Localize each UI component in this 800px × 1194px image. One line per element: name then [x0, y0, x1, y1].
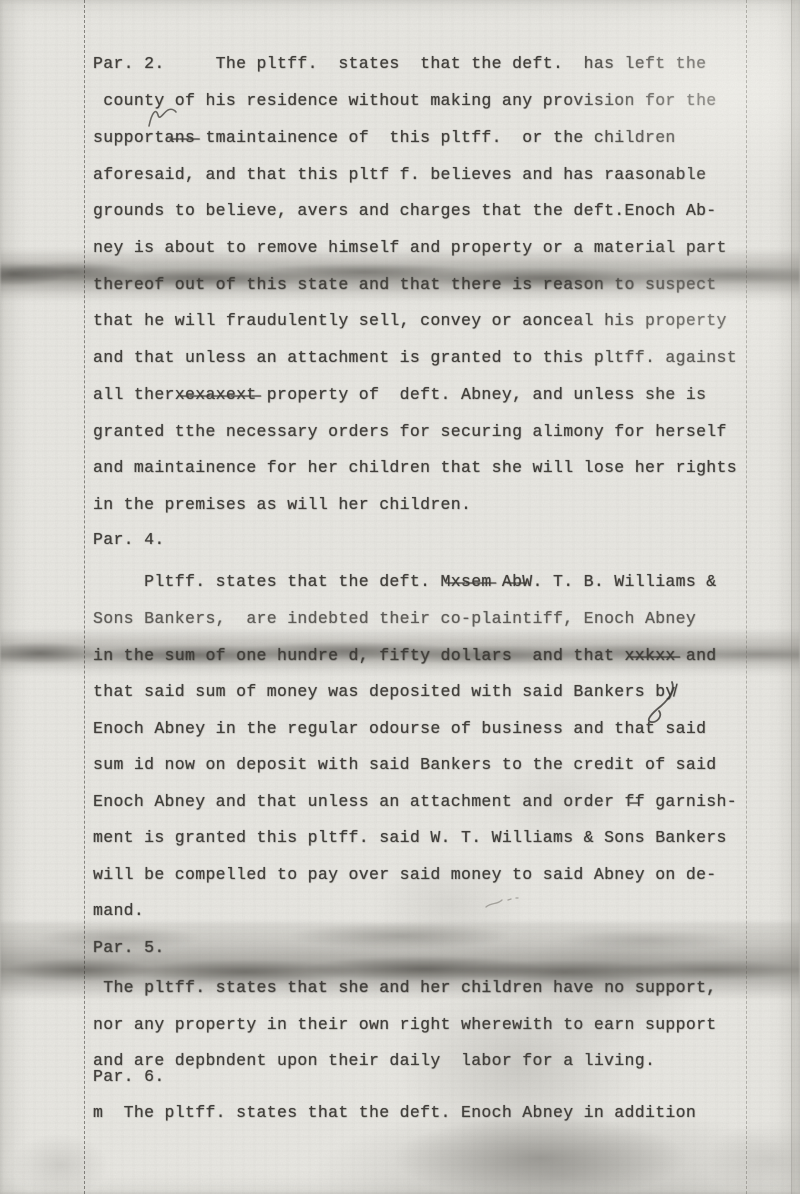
text-line: mand.: [93, 900, 144, 922]
text-line: The pltff. states that she and her child…: [93, 977, 717, 999]
text-line: m The pltff. states that the deft. Enoch…: [93, 1102, 696, 1124]
text-layer: Par. 2. The pltff. states that the deft.…: [0, 0, 800, 1194]
text-line: grounds to believe, avers and charges th…: [93, 200, 717, 222]
text-line: thereof out of this state and that there…: [93, 274, 717, 296]
scanned-document-page: Par. 2. The pltff. states that the deft.…: [0, 0, 800, 1194]
text-line: Par. 5.: [93, 937, 165, 959]
text-line: in the sum of one hundre d, fifty dollar…: [93, 645, 717, 667]
text-line: that he will fraudulently sell, convey o…: [93, 310, 727, 332]
text-line: aforesaid, and that this pltf f. believe…: [93, 164, 706, 186]
text-line: ney is about to remove himself and prope…: [93, 237, 727, 259]
text-line: nor any property in their own right wher…: [93, 1014, 717, 1036]
text-line: Par. 4.: [93, 529, 165, 551]
text-line: ment is granted this pltff. said W. T. W…: [93, 827, 727, 849]
text-line: sum id now on deposit with said Bankers …: [93, 754, 717, 776]
text-line: Enoch Abney in the regular odourse of bu…: [93, 718, 706, 740]
text-line: Pltff. states that the deft. M̶x̶s̶e̶m̶ …: [93, 571, 717, 593]
text-line: and are depbndent upon their daily labor…: [93, 1050, 655, 1072]
text-line: in the premises as will her children.: [93, 494, 471, 516]
text-line: granted tthe necessary orders for securi…: [93, 421, 727, 443]
text-line: Par. 2. The pltff. states that the deft.…: [93, 53, 706, 75]
text-line: and maintainence for her children that s…: [93, 457, 737, 479]
text-line: all therx̶e̶x̶a̶x̶e̶x̶t̶ property of def…: [93, 384, 706, 406]
text-line: that said sum of money was deposited wit…: [93, 681, 676, 703]
text-line: Enoch Abney and that unless an attachmen…: [93, 791, 737, 813]
text-line: will be compelled to pay over said money…: [93, 864, 717, 886]
text-line: Par. 6.: [93, 1066, 165, 1088]
text-line: county of his residence without making a…: [93, 90, 717, 112]
text-line: supporta̶n̶s̶ tmaintainence of this pltf…: [93, 127, 676, 149]
text-line: and that unless an attachment is granted…: [93, 347, 737, 369]
text-line: Sons Bankers, are indebted their co-plai…: [93, 608, 696, 630]
